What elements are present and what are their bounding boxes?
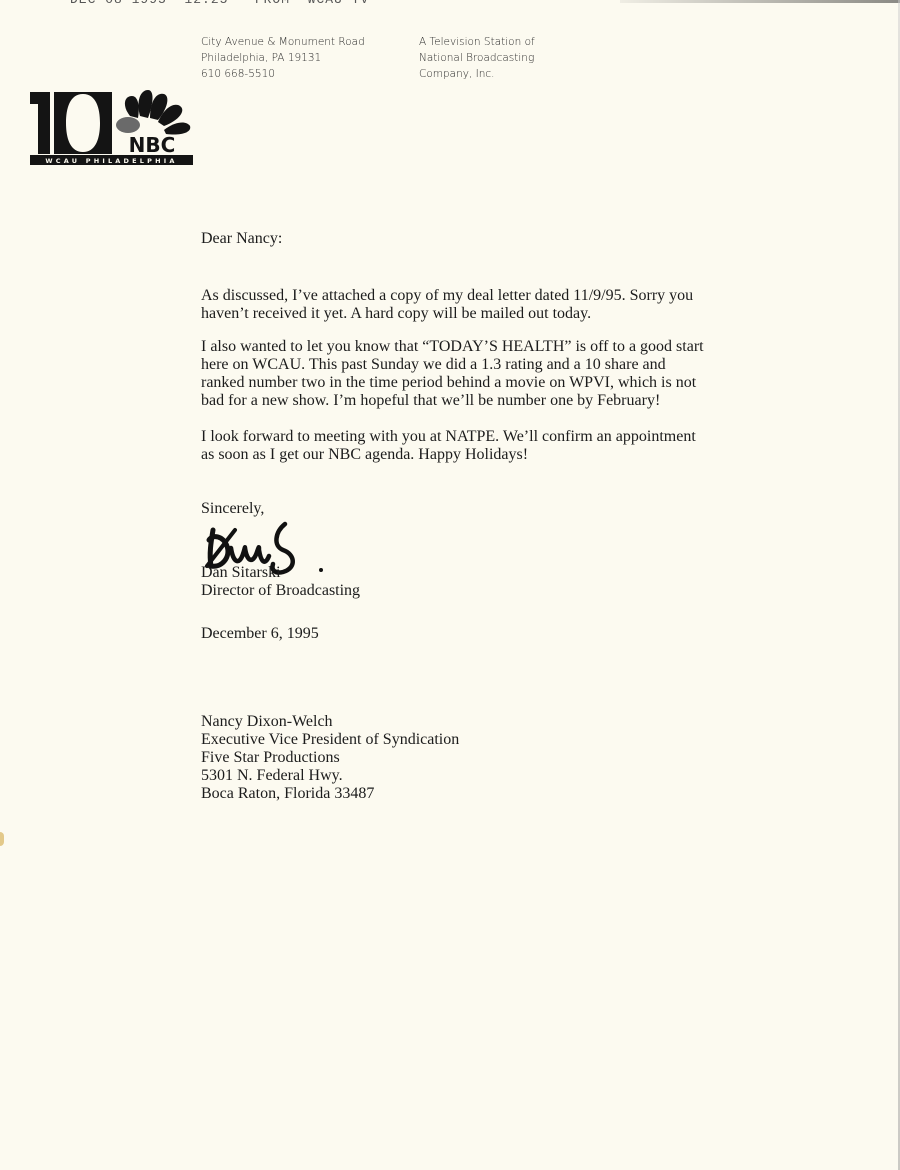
recipient-city: Boca Raton, Florida 33487 xyxy=(201,785,791,803)
recipient-address-block: Nancy Dixon-Welch Executive Vice Preside… xyxy=(201,713,791,803)
letter-date: December 6, 1995 xyxy=(201,625,791,643)
letter-paragraph: As discussed, I’ve attached a copy of my… xyxy=(201,287,791,323)
paragraph-line: as soon as I get our NBC agenda. Happy H… xyxy=(201,446,791,464)
paragraph-line: here on WCAU. This past Sunday we did a … xyxy=(201,356,791,374)
paragraph-line: As discussed, I’ve attached a copy of my… xyxy=(201,287,791,305)
channel-10-mark xyxy=(30,92,112,154)
paragraph-line: bad for a new show. I’m hopeful that we’… xyxy=(201,392,791,410)
paper-edge-mark xyxy=(0,832,4,846)
letter-paragraph: I also wanted to let you know that “TODA… xyxy=(201,338,791,410)
phone-line: 610 668-5510 xyxy=(201,66,365,82)
address-line: City Avenue & Monument Road xyxy=(201,34,365,50)
station-tagline: WCAU PHILADELPHIA xyxy=(45,157,177,165)
wcau-nbc-logo: NBC WCAU PHILADELPHIA xyxy=(30,88,193,166)
station-line: National Broadcasting xyxy=(419,50,535,66)
paragraph-line: I look forward to meeting with you at NA… xyxy=(201,428,791,446)
letterhead-station-info: A Television Station of National Broadca… xyxy=(419,34,535,82)
paragraph-line: I also wanted to let you know that “TODA… xyxy=(201,338,791,356)
letter-greeting: Dear Nancy: xyxy=(201,230,791,248)
signer-title: Director of Broadcasting xyxy=(201,582,791,600)
recipient-company: Five Star Productions xyxy=(201,749,791,767)
letter-paragraph: I look forward to meeting with you at NA… xyxy=(201,428,791,464)
recipient-name: Nancy Dixon-Welch xyxy=(201,713,791,731)
paragraph-line: ranked number two in the time period beh… xyxy=(201,374,791,392)
letterhead-address: City Avenue & Monument Road Philadelphia… xyxy=(201,34,365,82)
station-line: A Television Station of xyxy=(419,34,535,50)
signer-block: Dan Sitarski Director of Broadcasting xyxy=(201,564,791,600)
station-line: Company, Inc. xyxy=(419,66,535,82)
letter-closing: Sincerely, xyxy=(201,500,791,518)
nbc-wordmark: NBC xyxy=(129,133,176,157)
recipient-title: Executive Vice President of Syndication xyxy=(201,731,791,749)
fax-transmission-header: DEC-08-1995 12:25 FROM WCAU-TV xyxy=(70,0,369,7)
recipient-street: 5301 N. Federal Hwy. xyxy=(201,767,791,785)
nbc-peacock-icon xyxy=(116,90,190,135)
paragraph-line: haven’t received it yet. A hard copy wil… xyxy=(201,305,791,323)
address-line: Philadelphia, PA 19131 xyxy=(201,50,365,66)
signer-name: Dan Sitarski xyxy=(201,564,791,582)
scan-edge-shadow xyxy=(620,0,900,3)
